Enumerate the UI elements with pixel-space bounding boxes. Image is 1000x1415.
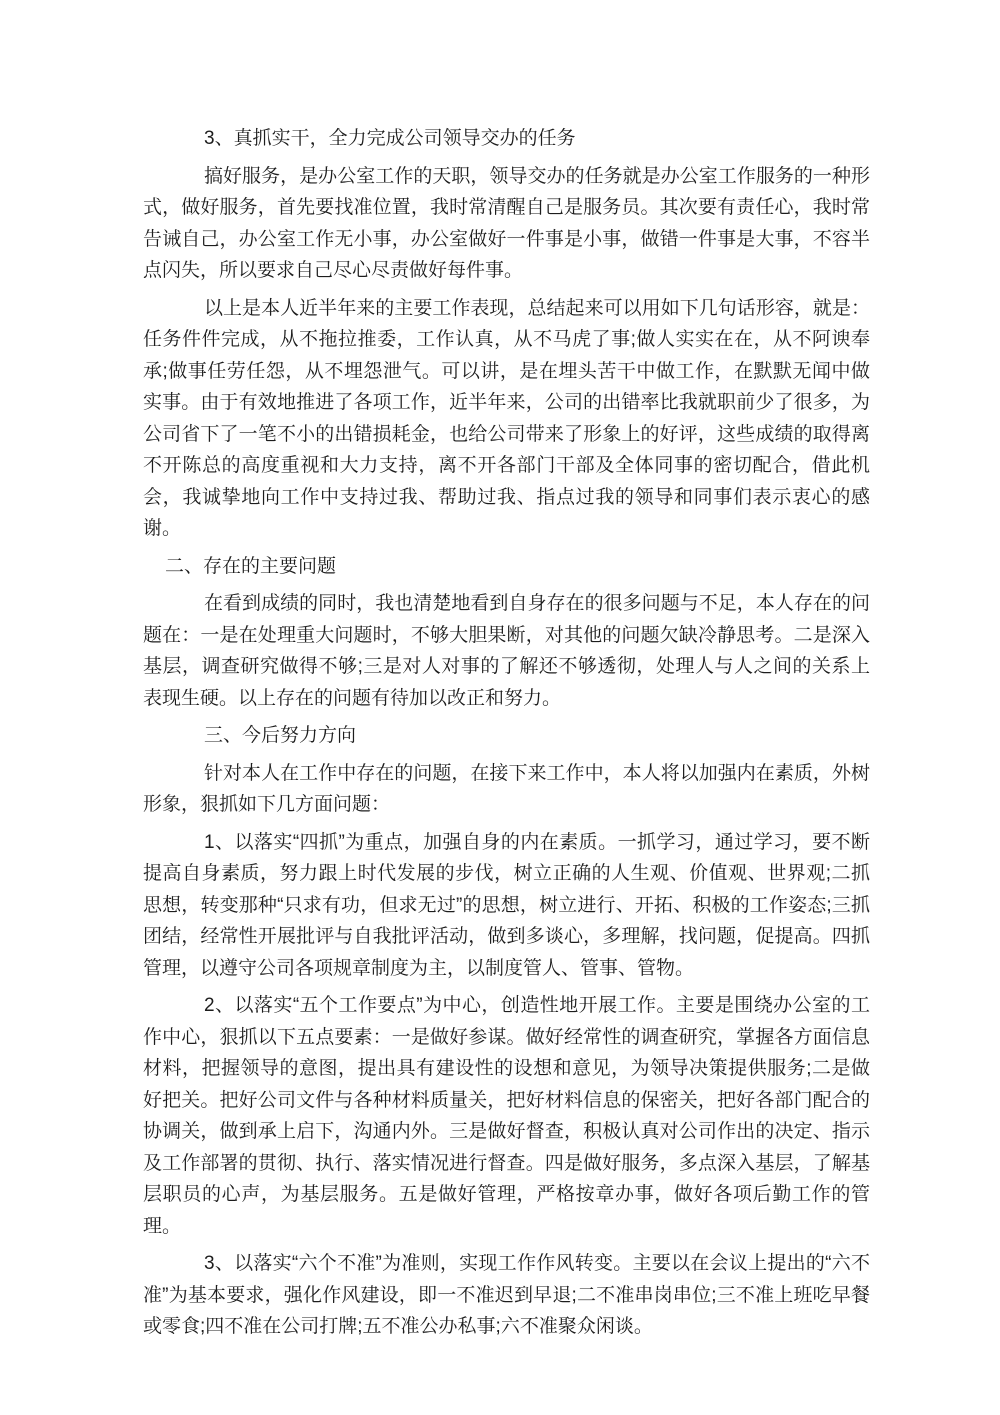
document-page: 3、真抓实干，全力完成公司领导交办的任务 搞好服务，是办公室工作的天职，领导交办… bbox=[0, 0, 1000, 1415]
subheading-task-completion: 3、真抓实干，全力完成公司领导交办的任务 bbox=[143, 123, 870, 155]
paragraph-four-grasps: 1、以落实“四抓”为重点，加强自身的内在素质。一抓学习，通过学习，要不断提高自身… bbox=[143, 827, 870, 985]
paragraph-half-year-summary: 以上是本人近半年来的主要工作表现，总结起来可以用如下几句话形容，就是：任务件件完… bbox=[143, 293, 870, 545]
paragraph-service-duty: 搞好服务，是办公室工作的天职，领导交办的任务就是办公室工作服务的一种形式，做好服… bbox=[143, 161, 870, 287]
section-heading-main-problems: 二、存在的主要问题 bbox=[143, 551, 870, 583]
paragraph-improvement-intro: 针对本人在工作中存在的问题，在接下来工作中，本人将以加强内在素质，外树形象，狠抓… bbox=[143, 758, 870, 821]
paragraph-six-prohibitions: 3、以落实“六个不准”为准则，实现工作作风转变。主要以在会议上提出的“六不准”为… bbox=[143, 1248, 870, 1343]
section-heading-future-direction: 三、今后努力方向 bbox=[143, 720, 870, 752]
paragraph-self-problems: 在看到成绩的同时，我也清楚地看到自身存在的很多问题与不足，本人存在的问题在：一是… bbox=[143, 588, 870, 714]
paragraph-five-work-points: 2、以落实“五个工作要点”为中心，创造性地开展工作。主要是围绕办公室的工作中心，… bbox=[143, 990, 870, 1242]
